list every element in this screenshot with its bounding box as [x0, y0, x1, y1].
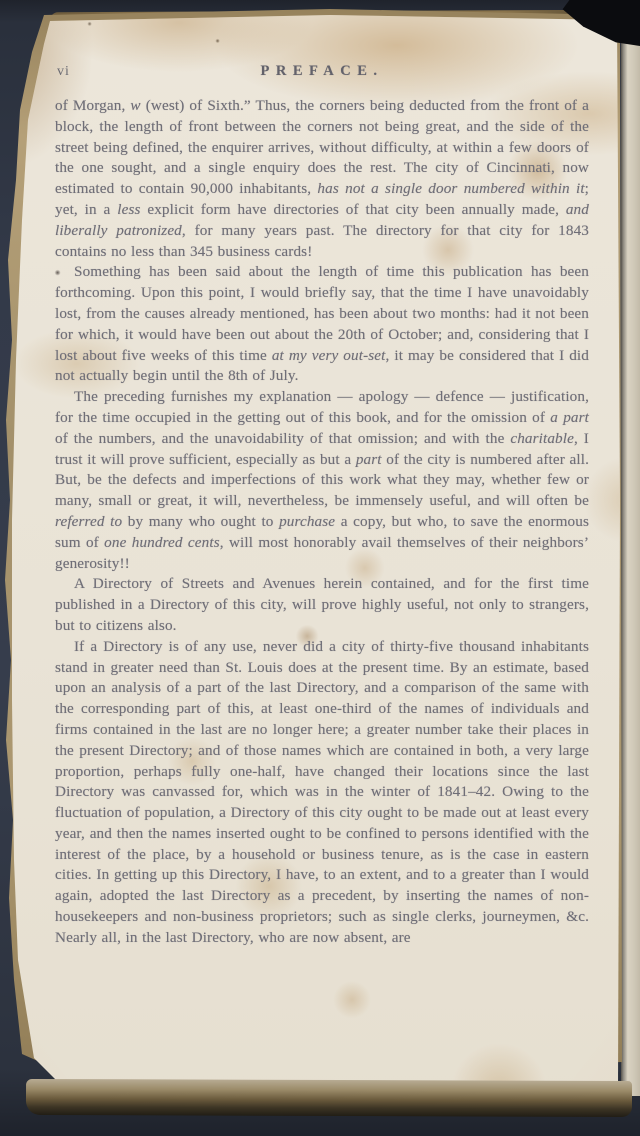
paragraph: of Morgan, w (west) of Sixth.” Thus, the… — [55, 96, 589, 262]
italic-text: one hundred cents — [104, 534, 220, 551]
paragraph: A Directory of Streets and Avenues herei… — [55, 574, 589, 636]
italic-text: less — [117, 201, 140, 218]
italic-text: part — [356, 451, 382, 468]
book-bottom-edge — [26, 1079, 632, 1117]
paragraph: The preceding furnishes my explanation —… — [55, 387, 589, 574]
page-content: vi PREFACE. of Morgan, w (west) of Sixth… — [55, 0, 589, 949]
running-header: PREFACE. — [260, 63, 383, 79]
paragraph: Something has been said about the length… — [55, 262, 589, 387]
page-header: vi PREFACE. — [55, 62, 589, 82]
body-text: explicit form have directories of that c… — [141, 201, 566, 218]
italic-text: charitable — [510, 430, 574, 447]
italic-text: a part — [550, 409, 589, 426]
adjacent-page-edge — [621, 16, 640, 1096]
body-text: by many who ought to — [122, 513, 279, 530]
body-text: of the numbers, and the unavoidability o… — [55, 430, 510, 447]
book-page: vi PREFACE. of Morgan, w (west) of Sixth… — [0, 0, 640, 1136]
photo-background: vi PREFACE. of Morgan, w (west) of Sixth… — [0, 0, 640, 1136]
italic-text: has not a single door numbered within it — [317, 180, 584, 197]
italic-text: purchase — [279, 513, 335, 530]
italic-text: at my very out-set — [272, 347, 386, 364]
body-text: A Directory of Streets and Avenues herei… — [55, 575, 589, 634]
body-text: of Morgan, — [55, 97, 130, 114]
body-text: If a Directory is of any use, never did … — [55, 638, 589, 946]
paragraph: If a Directory is of any use, never did … — [55, 637, 589, 949]
body-text: The preceding furnishes my explanation —… — [55, 388, 589, 426]
page-body: of Morgan, w (west) of Sixth.” Thus, the… — [55, 96, 589, 949]
page-number: vi — [57, 64, 70, 80]
italic-text: referred to — [55, 513, 122, 530]
italic-text: w — [130, 97, 140, 114]
